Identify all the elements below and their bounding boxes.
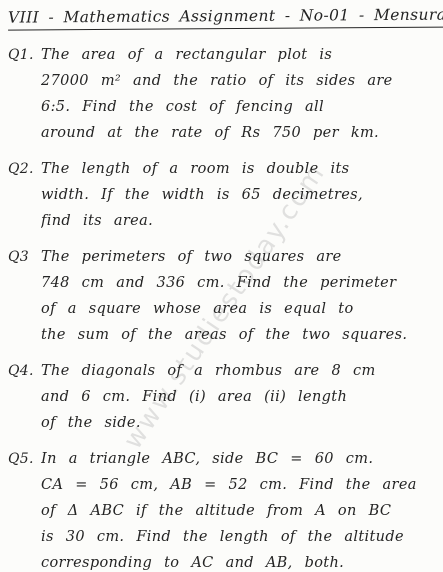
question-item: Q2.The length of a room is double itswid…	[8, 156, 439, 234]
question-line: The perimeters of two squares are	[41, 244, 439, 270]
question-item: Q1.The area of a rectangular plot is2700…	[8, 42, 439, 146]
question-number: Q1.	[8, 42, 41, 146]
question-number: Q3	[8, 244, 41, 348]
question-text: The diagonals of a rhombus are 8 cmand 6…	[41, 358, 439, 436]
question-number: Q2.	[8, 156, 41, 234]
question-line: CA = 56 cm, AB = 52 cm. Find the area	[41, 472, 439, 498]
question-text: The length of a room is double itswidth.…	[41, 156, 439, 234]
question-text: The perimeters of two squares are748 cm …	[41, 244, 439, 348]
questions-list: Q1.The area of a rectangular plot is2700…	[8, 42, 439, 572]
question-line: of the side.	[41, 410, 439, 436]
question-item: Q4.The diagonals of a rhombus are 8 cman…	[8, 358, 439, 436]
question-number: Q5.	[8, 446, 41, 572]
question-line: 748 cm and 336 cm. Find the perimeter	[41, 270, 439, 296]
question-line: the sum of the areas of the two squares.	[41, 322, 439, 348]
question-line: In a triangle ABC, side BC = 60 cm.	[41, 446, 439, 472]
question-item: Q5.In a triangle ABC, side BC = 60 cm.CA…	[8, 446, 439, 572]
question-line: The length of a room is double its	[41, 156, 439, 182]
question-line: 27000 m² and the ratio of its sides are	[41, 68, 439, 94]
question-text: In a triangle ABC, side BC = 60 cm.CA = …	[41, 446, 439, 572]
notebook-page: www.studiestoday.com VIII - Mathematics …	[0, 0, 443, 572]
page-header: VIII - Mathematics Assignment - No-01 - …	[8, 7, 439, 29]
question-line: of a square whose area is equal to	[41, 296, 439, 322]
question-line: of Δ ABC if the altitude from A on BC	[41, 498, 439, 524]
question-line: 6:5. Find the cost of fencing all	[41, 94, 439, 120]
question-line: The diagonals of a rhombus are 8 cm	[41, 358, 439, 384]
assignment-title: VIII - Mathematics Assignment - No-01 - …	[8, 5, 443, 30]
question-number: Q4.	[8, 358, 41, 436]
question-line: around at the rate of Rs 750 per km.	[41, 120, 439, 146]
question-item: Q3The perimeters of two squares are748 c…	[8, 244, 439, 348]
question-line: corresponding to AC and AB, both.	[41, 550, 439, 572]
question-line: and 6 cm. Find (i) area (ii) length	[41, 384, 439, 410]
question-line: width. If the width is 65 decimetres,	[41, 182, 439, 208]
question-line: The area of a rectangular plot is	[41, 42, 439, 68]
question-line: is 30 cm. Find the length of the altitud…	[41, 524, 439, 550]
question-text: The area of a rectangular plot is27000 m…	[41, 42, 439, 146]
question-line: find its area.	[41, 208, 439, 234]
